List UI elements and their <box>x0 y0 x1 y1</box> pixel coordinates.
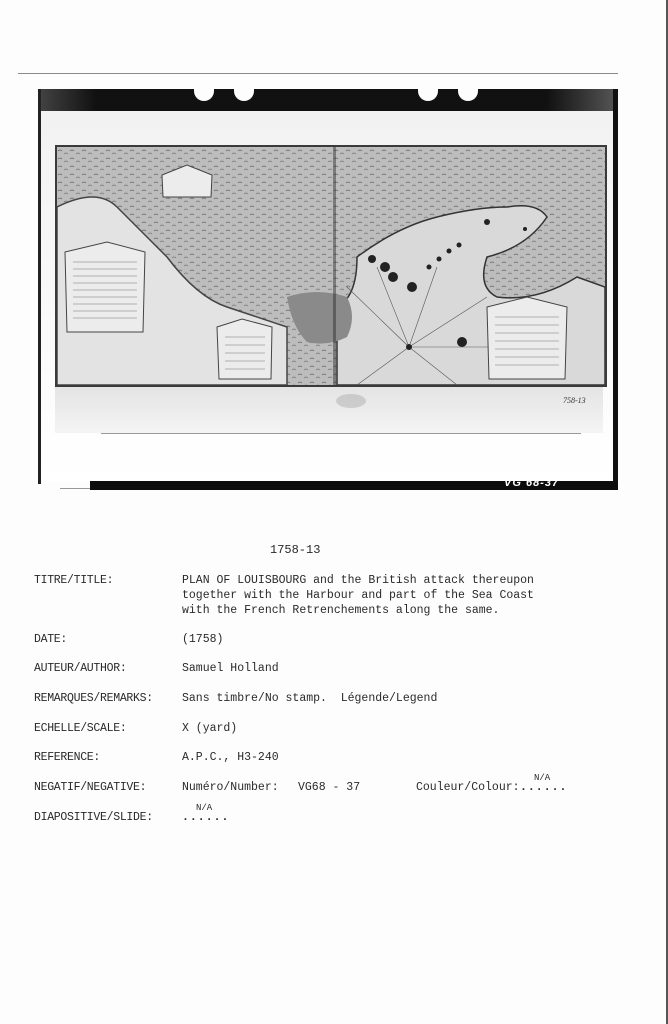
title-line: together with the Harbour and part of th… <box>182 588 534 603</box>
remarks-label: REMARQUES/REMARKS: <box>34 691 153 706</box>
colour-field: N/A ...... <box>520 780 567 795</box>
negative-number-label: Numéro/Number: <box>182 780 279 795</box>
reference-value: A.P.C., H3-240 <box>182 750 279 765</box>
map-drawing <box>57 147 605 385</box>
author-value: Samuel Holland <box>182 661 279 676</box>
date-value: (1758) <box>182 632 223 647</box>
reference-number: 1758-13 <box>270 543 320 557</box>
title-line: with the French Retrenchements along the… <box>182 603 534 618</box>
colour-value: N/A <box>534 771 550 786</box>
title-value: PLAN OF LOUISBOURG and the British attac… <box>182 573 534 618</box>
author-label: AUTEUR/AUTHOR: <box>34 661 126 676</box>
sprocket-hole <box>194 87 214 101</box>
photo-background: 758-13 <box>41 111 613 481</box>
scale-label: ECHELLE/SCALE: <box>34 721 126 736</box>
divider <box>101 433 581 434</box>
frame-border <box>38 89 41 484</box>
slide-value: N/A <box>196 801 212 816</box>
remarks-value: Sans timbre/No stamp. Légende/Legend <box>182 691 437 706</box>
sprocket-hole <box>418 87 438 101</box>
slide-field: N/A ...... <box>182 810 229 825</box>
reference-label: REFERENCE: <box>34 750 100 765</box>
map-mount <box>55 387 603 433</box>
map-fold <box>333 147 336 385</box>
slide-label: DIAPOSITIVE/SLIDE: <box>34 810 153 825</box>
film-code: VG 68-37 <box>504 477 559 489</box>
film-strip-top <box>38 89 616 111</box>
map-photograph: 758-13 VG 68-37 <box>38 89 618 489</box>
frame-border <box>613 89 618 487</box>
negative-number-value: VG68 - 37 <box>298 780 360 795</box>
colour-label: Couleur/Colour: <box>416 780 520 795</box>
catalog-note: 758-13 <box>563 396 586 405</box>
title-label: TITRE/TITLE: <box>34 573 113 588</box>
title-line: PLAN OF LOUISBOURG and the British attac… <box>182 573 534 588</box>
divider <box>60 488 90 489</box>
negative-label: NEGATIF/NEGATIVE: <box>34 780 146 795</box>
sprocket-hole <box>234 87 254 101</box>
map-image <box>55 145 607 387</box>
sprocket-hole <box>458 87 478 101</box>
stain <box>336 394 366 408</box>
scale-value: X (yard) <box>182 721 237 736</box>
divider <box>18 73 618 74</box>
date-label: DATE: <box>34 632 67 647</box>
